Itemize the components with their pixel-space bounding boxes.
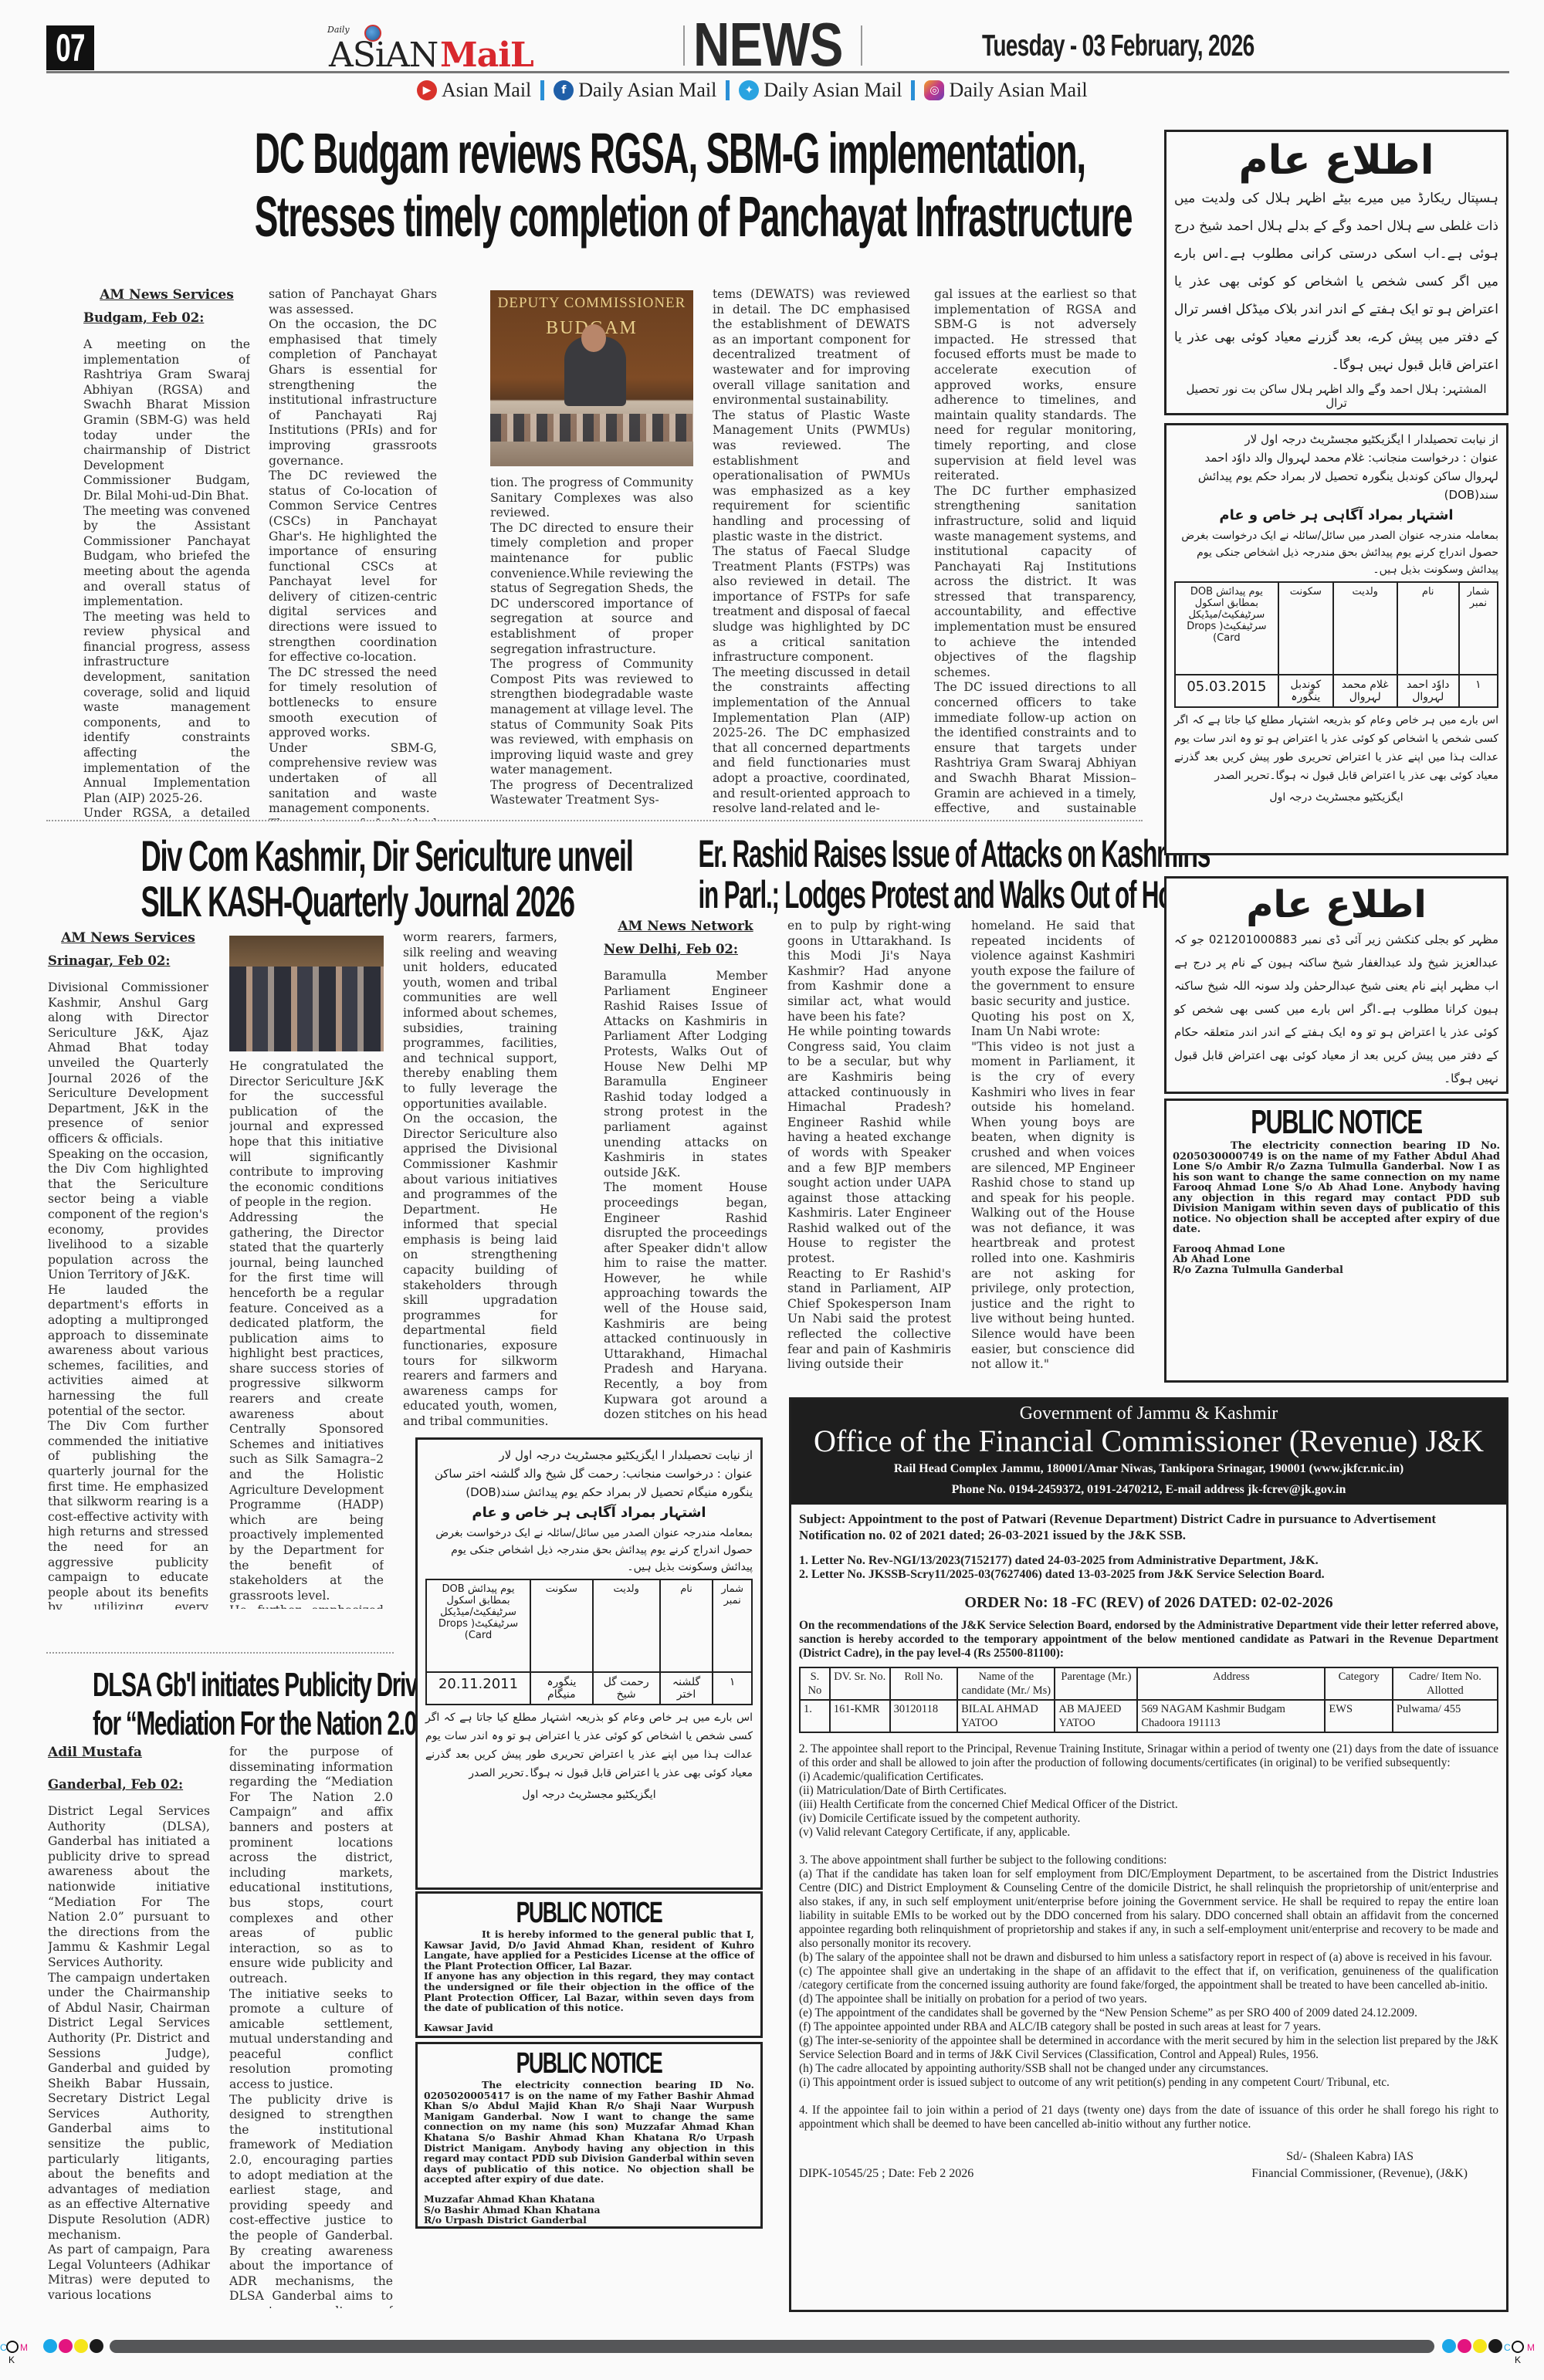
silk-kash-col-1: AM News Services Srinagar, Feb 02: Divis… [48, 930, 208, 1610]
list-item: (i) Academic/qualification Certificates. [799, 1770, 1498, 1784]
registration-mark-icon [1512, 2341, 1524, 2353]
byline: Adil Mustafa [48, 1745, 210, 1760]
article-text: Baramulla Member Parliament Engineer Ras… [604, 969, 767, 1420]
gov-signatory-name: Sd/- (Shaleen Kabra) IAS [1286, 2150, 1414, 2164]
yellow-swatch [1473, 2339, 1487, 2353]
table-cell: BILAL AHMAD YATOO [957, 1700, 1055, 1732]
social-links: ▶ Asian Mail f Daily Asian Mail ✦ Daily … [417, 77, 1088, 103]
article-text: for the purpose of disseminating informa… [229, 1745, 393, 2308]
logo-mail: MaiL [440, 36, 533, 75]
table-cell: Pulwama/ 455 [1393, 1700, 1498, 1732]
dateline: Budgam, Feb 02: [83, 310, 250, 325]
table-cell: 161-KMR [830, 1700, 890, 1732]
article-text: sation of Panchayat Ghars was assessed. … [269, 287, 437, 820]
public-notice-title: PUBLIC NOTICE [1222, 1104, 1451, 1141]
notice-heading: اشتہار بمراد آگاہی ہر خاص و عام [1174, 504, 1498, 527]
public-notice-body: The electricity connection bearing ID No… [1173, 1141, 1500, 1235]
signature-line: R/o Urpash District Ganderbal [424, 2215, 754, 2226]
list-item: (b) The salary of the appointee shall no… [799, 1951, 1498, 1965]
gov-para-3: 3. The above appointment shall further b… [799, 1854, 1498, 1867]
headline-line-1: DLSA Gb'l initiates Publicity Drive [93, 1667, 355, 1703]
social-twitter-label[interactable]: Daily Asian Mail [764, 79, 902, 102]
magenta-swatch [1458, 2339, 1471, 2353]
black-label: K [8, 2355, 15, 2365]
masthead-divider-right [861, 25, 862, 66]
article-text: homeland. He said that repeated incident… [971, 919, 1135, 1373]
list-item: (h) The cadre allocated by appointing au… [799, 2062, 1498, 2076]
yellow-swatch [74, 2339, 88, 2353]
section-divider [46, 1652, 394, 1654]
table-cell: داوٗد احمد لہروال [1397, 675, 1459, 707]
table-cell: رحمت گل شیخ [593, 1672, 660, 1705]
table-header: DV. Sr. No. [830, 1667, 890, 1700]
notice-body: ہسپتال ریکارڈ میں میرے بیٹے اظہر ہلال کی… [1174, 185, 1498, 379]
signature-line: Ab Ahad Lone [1173, 1254, 1500, 1265]
table-cell: ۱ [713, 1672, 752, 1705]
notice-from: از نیابت تحصیلدار ا ایگزیکٹیو مجسٹریٹ در… [1174, 430, 1498, 449]
table-header: Address [1137, 1667, 1325, 1700]
cyan-swatch [1442, 2339, 1456, 2353]
notice-closing: اس بارے میں ہر خاص وعام کو بذریعہ اشتہار… [1174, 711, 1498, 785]
notice-from: از نیابت تحصیلدار ا ایگزیکٹیو مجسٹریٹ در… [425, 1446, 753, 1464]
table-cell: غلام محمد لہروال [1333, 675, 1397, 707]
gov-intro: On the recommendations of the J&K Servic… [799, 1619, 1498, 1661]
headline-line-1: Er. Rashid Raises Issue of Attacks on Ka… [699, 834, 1039, 875]
dc-budgam-headline: DC Budgam reviews RGSA, SBM-G implementa… [46, 124, 1143, 246]
rashid-col-3: homeland. He said that repeated incident… [971, 919, 1135, 1420]
dlsa-col-1: Adil Mustafa Ganderbal, Feb 02: District… [48, 1745, 210, 2308]
logo-daily: Daily [327, 25, 350, 35]
list-item: (i) This appointment order is issued sub… [799, 2076, 1498, 2090]
gov-subject: Subject: Appointment to the post of Patw… [799, 1511, 1498, 1543]
gov-para-4: 4. If the appointee fail to join within … [799, 2104, 1498, 2131]
table-header: نام [1397, 582, 1459, 675]
table-cell: 1. [800, 1700, 830, 1732]
public-notice-signature: Muzzafar Ahmad Khan Khatana S/o Bashir A… [424, 2194, 754, 2226]
issue-date: Tuesday - 03 February, 2026 [982, 31, 1254, 62]
footer-color-swatches-right [1442, 2339, 1502, 2353]
gov-documents-list: (i) Academic/qualification Certificates.… [799, 1770, 1498, 1840]
dc-budgam-col-1: AM News Services Budgam, Feb 02: A meeti… [83, 287, 250, 820]
section-title: NEWS [693, 14, 843, 76]
gov-jk-appointment-order: Government of Jammu & Kashmir Office of … [789, 1397, 1508, 2312]
headline-line-2: for “Mediation For the Nation 2.0” [93, 1706, 355, 1742]
social-separator [726, 80, 730, 100]
headline-line-1: DC Budgam reviews RGSA, SBM-G implementa… [255, 124, 934, 184]
gov-conditions-list: (a) That if the candidate has taken loan… [799, 1867, 1498, 2090]
headline-line-2: Stresses timely completion of Panchayat … [255, 187, 934, 247]
table-cell: 30120118 [890, 1700, 957, 1732]
article-text: District Legal Services Authority (DLSA)… [48, 1804, 210, 2304]
gov-signature-block: Sd/- (Shaleen Kabra) IAS Financial Commi… [799, 2150, 1498, 2196]
table-header: یوم پیدائش DOB بمطابق اسکول سرٹیفکیٹ/میڈ… [1175, 582, 1278, 675]
rashid-col-1: AM News Network New Delhi, Feb 02: Baram… [604, 919, 767, 1420]
black-label: K [1515, 2355, 1521, 2365]
dateline: Srinagar, Feb 02: [48, 953, 208, 968]
dateline: Ganderbal, Feb 02: [48, 1777, 210, 1792]
public-notice-body: If anyone has any objection in this rega… [424, 1971, 754, 2013]
facebook-icon[interactable]: f [554, 80, 574, 100]
table-cell: 569 NAGAM Kashmir Budgam Chadoora 191113 [1137, 1700, 1325, 1732]
article-text: Divisional Commissioner Kashmir, Anshul … [48, 980, 208, 1610]
notice-title: اطلاع عام [1174, 137, 1498, 185]
gov-address: Rail Head Complex Jammu, 180001/Amar Niw… [791, 1458, 1506, 1480]
magenta-swatch [59, 2339, 73, 2353]
registration-mark-icon [6, 2341, 19, 2353]
notice-subject: عنوان : درخواست منجانب: غلام محمد لہروال… [1174, 449, 1498, 504]
gov-reference-2: 2. Letter No. JKSSB-Scry11/2025-03(76274… [799, 1568, 1498, 1582]
public-notice-signature: Farooq Ahmad Lone Ab Ahad Lone R/o Zazna… [1173, 1244, 1500, 1276]
table-cell: گلشنہ اختر [660, 1672, 713, 1705]
public-notice-electricity-2: PUBLIC NOTICE The electricity connection… [415, 2042, 763, 2229]
page-number-text: 07 [53, 25, 86, 70]
list-item: (e) The appointment of the candidates sh… [799, 2006, 1498, 2020]
article-text: A meeting on the implementation of Rasht… [83, 337, 250, 820]
list-item: (f) The appointee appointed under RBA an… [799, 2020, 1498, 2034]
notice-signature: ایگزیکٹیو مجسٹریٹ درجہ اول [1174, 791, 1498, 804]
list-item: (c) The appointee shall give an undertak… [799, 1965, 1498, 1992]
gov-dipk-number: DIPK-10545/25 ; Date: Feb 2 2026 [799, 2167, 973, 2181]
footer-bar [110, 2340, 1434, 2353]
signature-line: Farooq Ahmad Lone [1173, 1244, 1500, 1255]
public-notice-title: PUBLIC NOTICE [473, 2047, 705, 2080]
list-item: (iv) Domicile Certificate issued by the … [799, 1812, 1498, 1826]
table-cell: 05.03.2015 [1175, 675, 1278, 707]
rashid-headline: Er. Rashid Raises Issue of Attacks on Ka… [598, 834, 1139, 915]
photo-audience [490, 414, 693, 442]
silk-kash-photo [229, 936, 384, 1051]
table-header: نام [660, 1579, 713, 1672]
byline: AM News Services [83, 287, 250, 303]
black-swatch [1488, 2339, 1502, 2353]
signature-line: Muzzafar Ahmad Khan Khatana [424, 2194, 754, 2205]
headline-line-1: Div Com Kashmir, Dir Sericulture unveil [141, 834, 493, 879]
dateline: New Delhi, Feb 02: [604, 942, 767, 956]
gov-contact: Phone No. 0194-2459372, 0191-2470212, E-… [791, 1480, 1506, 1500]
social-separator [540, 80, 544, 100]
social-facebook-label[interactable]: Daily Asian Mail [578, 79, 716, 102]
magenta-label: M [1527, 2342, 1535, 2353]
table-row: 1. 161-KMR 30120118 BILAL AHMAD YATOO AB… [800, 1700, 1498, 1732]
footer-color-swatches-left [43, 2339, 103, 2353]
table-cell: EWS [1325, 1700, 1392, 1732]
instagram-icon[interactable]: ◎ [924, 80, 944, 100]
dc-budgam-col-4: tems (DEWATS) was reviewed in detail. Th… [713, 287, 910, 820]
list-item: (v) Valid relevant Category Certificate,… [799, 1826, 1498, 1840]
gov-line-1: Government of Jammu & Kashmir [791, 1403, 1506, 1424]
notice-heading: اشتہار بمراد آگاہی ہر خاص و عام [425, 1501, 753, 1525]
dlsa-headline: DLSA Gb'l initiates Publicity Drive for … [31, 1667, 417, 1742]
byline: AM News Network [604, 919, 767, 934]
footer-registration-right: C M K [1504, 2339, 1544, 2370]
notice-intro: بمعاملہ مندرجہ عنوان الصدر میں سائل/سائل… [425, 1525, 753, 1576]
magenta-label: M [20, 2342, 28, 2353]
black-swatch [90, 2339, 103, 2353]
article-text: tion. The progress of Community Sanitary… [490, 476, 693, 808]
social-youtube-label[interactable]: Asian Mail [442, 79, 531, 102]
dlsa-col-2: for the purpose of disseminating informa… [229, 1745, 393, 2308]
notice-signature: ایگزیکٹیو مجسٹریٹ درجہ اول [425, 1789, 753, 1801]
logo-asian: ASiAN [329, 36, 438, 75]
public-notice-signature: Kawsar Javid [424, 2023, 754, 2033]
rashid-col-2: en to pulp by right-wing goons in Uttara… [787, 919, 951, 1420]
table-header: Roll No. [890, 1667, 957, 1700]
gov-notice-body: Subject: Appointment to the post of Patw… [791, 1505, 1506, 2202]
dc-budgam-col-2: sation of Panchayat Ghars was assessed. … [269, 287, 437, 820]
gov-para-2: 2. The appointee shall report to the Pri… [799, 1742, 1498, 1770]
table-row: ۱ داوٗد احمد لہروال غلام محمد لہروال کون… [1175, 675, 1498, 707]
table-cell: ینگورہ منیگام [530, 1672, 593, 1705]
public-notice-pesticide: PUBLIC NOTICE It is hereby informed to t… [415, 1891, 763, 2038]
notice-body: مظہر کو بجلی کنکشن زیر آئی ڈی نمبر 02120… [1174, 928, 1498, 1090]
list-item: (a) That if the candidate has taken loan… [799, 1867, 1498, 1951]
newspaper-logo: Daily ASiAN MaiL [324, 22, 556, 76]
public-notice-electricity-1: PUBLIC NOTICE The electricity connection… [1164, 1099, 1508, 1383]
article-text: en to pulp by right-wing goons in Uttara… [787, 919, 951, 1373]
silk-kash-headline: Div Com Kashmir, Dir Sericulture unveil … [46, 834, 587, 925]
list-item: (ii) Matriculation/Date of Birth Certifi… [799, 1784, 1498, 1798]
page-number: 07 [46, 25, 94, 70]
article-text: gal issues at the earliest so that imple… [934, 287, 1136, 820]
urdu-public-notice-1: اطلاع عام ہسپتال ریکارڈ میں میرے بیٹے اظ… [1164, 130, 1508, 415]
photo-sign-line-1: DEPUTY COMMISSIONER [490, 295, 693, 312]
notice-intro: بمعاملہ مندرجہ عنوان الصدر میں سائل/سائل… [1174, 527, 1498, 578]
table-header: ولدیت [593, 1579, 660, 1672]
silk-kash-col-2: He congratulated the Director Sericultur… [229, 1059, 384, 1609]
cyan-label: C [1504, 2342, 1511, 2353]
notice-closing: اس بارے میں ہر خاص وعام کو بذریعہ اشتہار… [425, 1708, 753, 1782]
photo-group [229, 967, 384, 1051]
notice-signature: المشتہر: شیخ عبدالرحمٰن ولد سونہ اللہ شی… [1174, 1092, 1498, 1094]
youtube-icon[interactable]: ▶ [417, 80, 437, 100]
notice-signature: المشتہر: ہلال احمد وگے والد اظہر ہلال سا… [1174, 382, 1498, 410]
urdu-dob-notice-2: از نیابت تحصیلدار ا ایگزیکٹیو مجسٹریٹ در… [415, 1437, 763, 1890]
table-header: Category [1325, 1667, 1392, 1700]
table-row: ۱ گلشنہ اختر رحمت گل شیخ ینگورہ منیگام 2… [426, 1672, 752, 1705]
signature-line: S/o Bashir Ahmad Khan Khatana [424, 2205, 754, 2216]
table-cell: ۱ [1459, 675, 1498, 707]
dc-budgam-photo: DEPUTY COMMISSIONER BUDGAM [490, 290, 693, 466]
public-notice-body: It is hereby informed to the general pub… [424, 1929, 754, 1971]
urdu-public-notice-2: اطلاع عام مظہر کو بجلی کنکشن زیر آئی ڈی … [1164, 876, 1508, 1094]
gov-signatory-title: Financial Commissioner, (Revenue), (J&K) [1251, 2167, 1468, 2181]
public-notice-title: PUBLIC NOTICE [473, 1897, 705, 1929]
masthead-divider-left [683, 25, 685, 66]
table-header: Cadre/ Item No. Allotted [1393, 1667, 1498, 1700]
table-header: سکونت [530, 1579, 593, 1672]
social-instagram-label[interactable]: Daily Asian Mail [949, 79, 1087, 102]
gov-reference-1: 1. Letter No. Rev-NGI/13/2023(7152177) d… [799, 1554, 1498, 1568]
article-text: worm rearers, farmers, silk reeling and … [403, 930, 557, 1430]
notice-title: اطلاع عام [1174, 883, 1498, 928]
headline-line-2: in Parl.; Lodges Protest and Walks Out o… [699, 875, 1039, 916]
table-header: شمار نمبر [1459, 582, 1498, 675]
notice-table: شمار نمبر نام ولدیت سکونت یوم پیدائش DOB… [425, 1579, 753, 1705]
article-text: tems (DEWATS) was reviewed in detail. Th… [713, 287, 910, 817]
headline-line-2: SILK KASH-Quarterly Journal 2026 [141, 879, 493, 925]
gov-order-number: ORDER No: 18 -FC (REV) of 2026 DATED: 02… [799, 1596, 1498, 1610]
table-header: ولدیت [1333, 582, 1397, 675]
masthead-rule [46, 71, 1509, 73]
byline: AM News Services [48, 930, 208, 946]
list-item: (g) The inter-se-seniority of the appoin… [799, 2034, 1498, 2062]
cyan-swatch [43, 2339, 57, 2353]
table-header: Parentage (Mr.) [1055, 1667, 1137, 1700]
table-header: سکونت [1278, 582, 1333, 675]
gov-notice-header: Government of Jammu & Kashmir Office of … [791, 1400, 1506, 1505]
twitter-icon[interactable]: ✦ [739, 80, 759, 100]
social-separator [911, 80, 915, 100]
table-cell: AB MAJEED YATOO [1055, 1700, 1137, 1732]
public-notice-body: The electricity connection bearing ID No… [424, 2080, 754, 2185]
notice-table: شمار نمبر نام ولدیت سکونت یوم پیدائش DOB… [1174, 581, 1498, 708]
table-header: Name of the candidate (Mr./ Ms) [957, 1667, 1055, 1700]
table-header: شمار نمبر [713, 1579, 752, 1672]
gov-candidate-table: S. No DV. Sr. No. Roll No. Name of the c… [799, 1667, 1498, 1733]
urdu-dob-notice-1: از نیابت تحصیلدار ا ایگزیکٹیو مجسٹریٹ در… [1164, 423, 1508, 855]
signature-line: R/o Zazna Tulmulla Ganderbal [1173, 1265, 1500, 1276]
section-divider [46, 820, 1143, 821]
list-item: (iii) Health Certificate from the concer… [799, 1798, 1498, 1812]
table-cell: کوندبل ینگورہ [1278, 675, 1333, 707]
gov-office-title: Office of the Financial Commissioner (Re… [791, 1424, 1506, 1458]
dc-budgam-col-3: tion. The progress of Community Sanitary… [490, 476, 693, 820]
table-cell: 20.11.2011 [426, 1672, 530, 1705]
list-item: (d) The appointee shall be initially on … [799, 1992, 1498, 2006]
dc-budgam-col-5: gal issues at the earliest so that imple… [934, 287, 1136, 820]
table-header: یوم پیدائش DOB بمطابق اسکول سرٹیفکیٹ/میڈ… [426, 1579, 530, 1672]
photo-person-head [581, 324, 606, 352]
table-header: S. No [800, 1667, 830, 1700]
article-text: He congratulated the Director Sericultur… [229, 1059, 384, 1609]
notice-subject: عنوان : درخواست منجانب: رحمت گل شیخ والد… [425, 1464, 753, 1501]
